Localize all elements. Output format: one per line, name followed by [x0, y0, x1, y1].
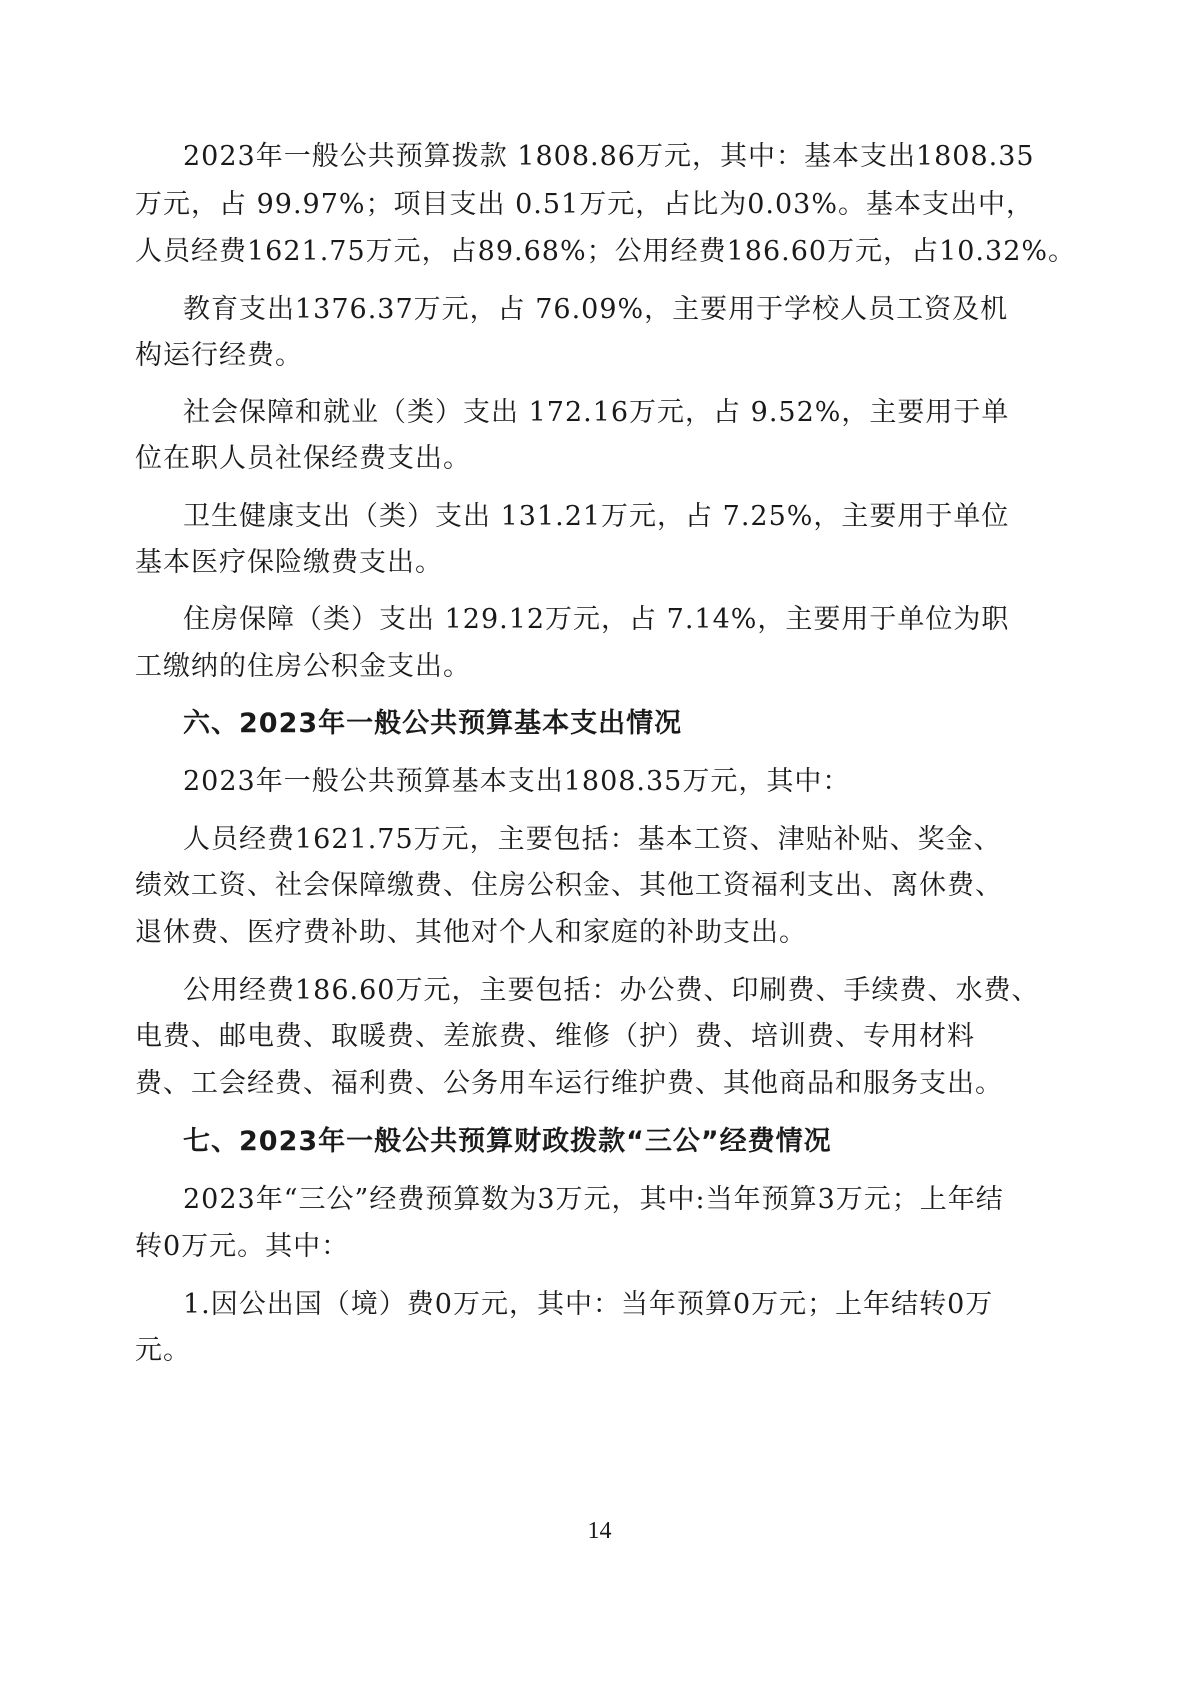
paragraph-line: 公用经费186.60万元，主要包括：办公费、印刷费、手续费、水费、	[183, 971, 1039, 1011]
paragraph-line: 人员经费1621.75万元，主要包括：基本工资、津贴补贴、奖金、	[183, 820, 1002, 860]
paragraph-line: 住房保障（类）支出 129.12万元，占 7.14%，主要用于单位为职	[183, 600, 1009, 640]
paragraph-line: 构运行经费。	[135, 336, 303, 376]
paragraph-line: 绩效工资、社会保障缴费、住房公积金、其他工资福利支出、离休费、	[135, 866, 1003, 906]
paragraph-line: 2023年“三公”经费预算数为3万元，其中:当年预算3万元；上年结	[183, 1180, 1004, 1220]
paragraph-line: 退休费、医疗费补助、其他对个人和家庭的补助支出。	[135, 913, 807, 953]
paragraph-line: 1.因公出国（境）费0万元，其中：当年预算0万元；上年结转0万	[183, 1285, 993, 1325]
paragraph-line: 人员经费1621.75万元，占89.68%；公用经费186.60万元，占10.3…	[135, 232, 1076, 272]
paragraph-line: 社会保障和就业（类）支出 172.16万元，占 9.52%，主要用于单	[183, 393, 1009, 433]
page-number: 14	[0, 1518, 1199, 1545]
paragraph-line: 2023年一般公共预算拨款 1808.86万元，其中：基本支出1808.35	[183, 137, 1035, 177]
paragraph-line: 卫生健康支出（类）支出 131.21万元，占 7.25%，主要用于单位	[183, 497, 1009, 537]
section-heading: 六、2023年一般公共预算基本支出情况	[183, 704, 682, 744]
paragraph-line: 电费、邮电费、取暖费、差旅费、维修（护）费、培训费、专用材料	[135, 1017, 975, 1057]
section-heading: 七、2023年一般公共预算财政拨款“三公”经费情况	[183, 1122, 832, 1162]
paragraph-line: 转0万元。其中：	[135, 1227, 349, 1267]
paragraph-line: 工缴纳的住房公积金支出。	[135, 647, 471, 687]
document-page: 2023年一般公共预算拨款 1808.86万元，其中：基本支出1808.35 万…	[0, 0, 1199, 1696]
paragraph-line: 教育支出1376.37万元，占 76.09%，主要用于学校人员工资及机	[183, 290, 1008, 330]
paragraph-line: 位在职人员社保经费支出。	[135, 439, 471, 479]
paragraph-line: 万元，占 99.97%；项目支出 0.51万元，占比为0.03%。基本支出中，	[135, 185, 1034, 225]
paragraph-line: 元。	[135, 1331, 191, 1371]
paragraph-line: 费、工会经费、福利费、公务用车运行维护费、其他商品和服务支出。	[135, 1064, 1003, 1104]
paragraph-line: 基本医疗保险缴费支出。	[135, 543, 443, 583]
paragraph-line: 2023年一般公共预算基本支出1808.35万元，其中：	[183, 762, 850, 802]
